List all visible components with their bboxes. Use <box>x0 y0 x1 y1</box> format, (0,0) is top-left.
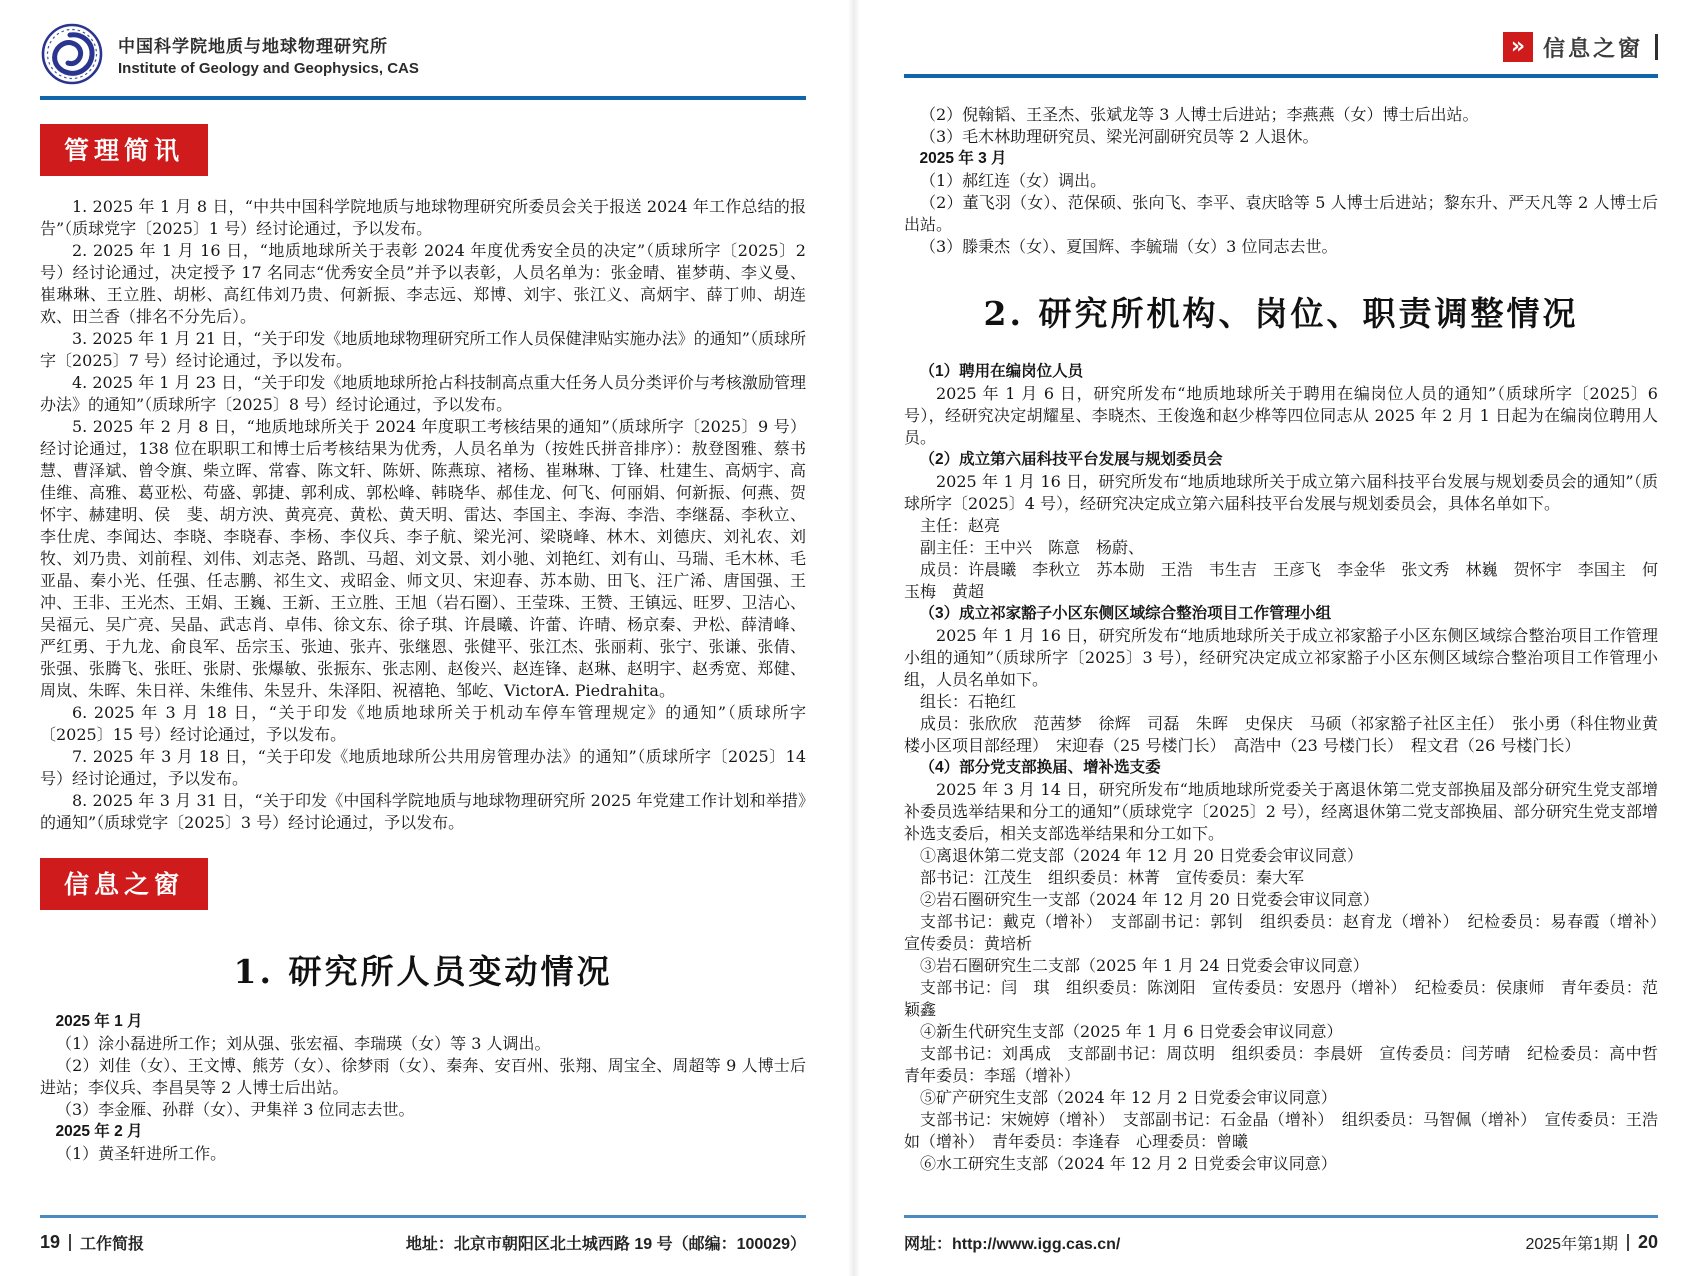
s2-para: 2025 年 1 月 16 日，研究所发布“地质地球所关于成立祁家豁子小区东侧区… <box>904 625 1658 691</box>
org-name-cn: 中国科学院地质与地球物理研究所 <box>118 32 419 57</box>
management-para: 8. 2025 年 3 月 31 日，“关于印发《中国科学院地质与地球物理研究所… <box>40 790 806 834</box>
s2-role-line: 部书记：江茂生 组织委员：林菁 宣传委员：秦大军 <box>904 867 1658 889</box>
personnel-line: （3）李金雁、孙群（女）、尹集祥 3 位同志去世。 <box>40 1099 806 1121</box>
s2-role-line: 主任：赵亮 <box>904 515 1658 537</box>
page-number: 19 <box>40 1232 60 1253</box>
s2-role-line: 支部书记：戴克（增补） 支部副书记：郭钊 组织委员：赵育龙（增补） 纪检委员：易… <box>904 911 1658 955</box>
s2-para: 2025 年 1 月 16 日，研究所发布“地质地球所关于成立第六届科技平台发展… <box>904 471 1658 515</box>
s2-role-line: 支部书记：刘禹成 支部副书记：周苡明 组织委员：李晨妍 宣传委员：闫芳晴 纪检委… <box>904 1043 1658 1087</box>
chevrons-icon: » <box>1503 32 1533 62</box>
management-para: 3. 2025 年 1 月 21 日，“关于印发《地质地球物理研究所工作人员保健… <box>40 328 806 372</box>
s2-subhead: （2）成立第六届科技平台发展与规划委员会 <box>904 449 1658 471</box>
s2-branch-line: ③岩石圈研究生二支部（2025 年 1 月 24 日党委会审议同意） <box>904 955 1658 977</box>
footer-divider <box>69 1234 71 1251</box>
footer-rule <box>40 1215 806 1218</box>
s2-role-line: 支部书记：宋婉婷（增补） 支部副书记：石金晶（增补） 组织委员：马智佩（增补） … <box>904 1109 1658 1153</box>
s2-role-line: 组长：石艳红 <box>904 691 1658 713</box>
s2-role-line: 成员：张欣欣 范茜梦 徐辉 司磊 朱晖 史保庆 马硕（祁家豁子社区主任） 张小勇… <box>904 713 1658 757</box>
s2-branch-line: ②岩石圈研究生一支部（2024 年 12 月 20 日党委会审议同意） <box>904 889 1658 911</box>
footer-issue-page: 2025年第1期 20 <box>1525 1231 1658 1254</box>
continuation-line: （2）倪翰韬、王圣杰、张斌龙等 3 人博士后进站；李燕燕（女）博士后出站。 <box>904 104 1658 126</box>
right-page-footer: 网址：http://www.igg.cas.cn/ 2025年第1期 20 <box>904 1215 1658 1254</box>
personnel-line: （2）刘佳（女）、王文博、熊芳（女）、徐梦雨（女）、秦奔、安百州、张翔、周宝全、… <box>40 1055 806 1099</box>
section-label: 信息之窗 <box>1543 32 1643 63</box>
s2-role-line: 成员：许晨曦 李秋立 苏本勋 王浩 韦生吉 王彦飞 李金华 张文秀 林巍 贺怀宇… <box>904 559 1658 603</box>
info-window-badge: 信息之窗 <box>40 858 208 910</box>
management-para: 2. 2025 年 1 月 16 日，“地质地球所关于表彰 2024 年度优秀安… <box>40 240 806 328</box>
continuation-month: 2025 年 3 月 <box>904 148 1658 170</box>
footer-page-brand: 19 工作简报 <box>40 1231 144 1254</box>
header-rule <box>904 74 1658 78</box>
website-url: 网址：http://www.igg.cas.cn/ <box>904 1231 1120 1254</box>
personnel-month: 2025 年 2 月 <box>40 1121 806 1143</box>
section-1-title: 1. 研究所人员变动情况 <box>40 946 806 993</box>
page-number: 20 <box>1638 1232 1658 1253</box>
management-para: 6. 2025 年 3 月 18 日，“关于印发《地质地球所关于机动车停车管理规… <box>40 702 806 746</box>
address-text: 地址：北京市朝阳区北土城西路 19 号（邮编：100029） <box>406 1231 806 1254</box>
s2-subhead: （1）聘用在编岗位人员 <box>904 361 1658 383</box>
management-para: 1. 2025 年 1 月 8 日，“中共中国科学院地质与地球物理研究所委员会关… <box>40 196 806 240</box>
newsletter-spread: 中国科学院地质与地球物理研究所 Institute of Geology and… <box>0 0 1700 1276</box>
page-19: 中国科学院地质与地球物理研究所 Institute of Geology and… <box>0 0 848 1276</box>
management-para: 5. 2025 年 2 月 8 日，“地质地球所关于 2024 年度职工考核结果… <box>40 416 806 702</box>
right-page-header: » 信息之窗 <box>904 30 1658 64</box>
left-page-header: 中国科学院地质与地球物理研究所 Institute of Geology and… <box>40 22 806 86</box>
label-divider <box>1655 34 1658 60</box>
institute-logo-icon <box>40 22 104 86</box>
personnel-line: （1）黄圣轩进所工作。 <box>40 1143 806 1165</box>
management-para: 7. 2025 年 3 月 18 日，“关于印发《地质地球所公共用房管理办法》的… <box>40 746 806 790</box>
page-gutter <box>848 0 860 1276</box>
issue-label: 2025年第1期 <box>1525 1231 1618 1254</box>
continuation-line: （3）滕秉杰（女）、夏国辉、李毓瑞（女）3 位同志去世。 <box>904 236 1658 258</box>
org-names: 中国科学院地质与地球物理研究所 Institute of Geology and… <box>118 32 419 77</box>
continuation-line: （3）毛木林助理研究员、梁光河副研究员等 2 人退休。 <box>904 126 1658 148</box>
s2-para: 2025 年 1 月 6 日，研究所发布“地质地球所关于聘用在编岗位人员的通知”… <box>904 383 1658 449</box>
continuation-line: （2）董飞羽（女）、范保硕、张向飞、李平、袁庆晗等 5 人博士后进站；黎东升、严… <box>904 192 1658 236</box>
s2-role-line: 支部书记：闫 琪 组织委员：陈浏阳 宣传委员：安恩丹（增补） 纪检委员：侯康师 … <box>904 977 1658 1021</box>
management-para: 4. 2025 年 1 月 23 日，“关于印发《地质地球所抢占科技制高点重大任… <box>40 372 806 416</box>
s2-branch-line: ⑤矿产研究生支部（2024 年 12 月 2 日党委会审议同意） <box>904 1087 1658 1109</box>
personnel-month: 2025 年 1 月 <box>40 1011 806 1033</box>
page-20: » 信息之窗 （2）倪翰韬、王圣杰、张斌龙等 3 人博士后进站；李燕燕（女）博士… <box>860 0 1700 1276</box>
footer-divider <box>1627 1234 1629 1251</box>
continuation-line: （1）郝红连（女）调出。 <box>904 170 1658 192</box>
s2-branch-line: ⑥水工研究生支部（2024 年 12 月 2 日党委会审议同意） <box>904 1153 1658 1175</box>
s2-subhead: （3）成立祁家豁子小区东侧区域综合整治项目工作管理小组 <box>904 603 1658 625</box>
newsletter-name: 工作简报 <box>80 1231 144 1254</box>
management-badge: 管理简讯 <box>40 124 208 176</box>
s2-subhead: （4）部分党支部换届、增补选支委 <box>904 757 1658 779</box>
footer-rule <box>904 1215 1658 1218</box>
s2-branch-line: ①离退休第二党支部（2024 年 12 月 20 日党委会审议同意） <box>904 845 1658 867</box>
personnel-line: （1）涂小磊进所工作；刘从强、张宏福、李瑞瑛（女）等 3 人调出。 <box>40 1033 806 1055</box>
section-2-title: 2. 研究所机构、岗位、职责调整情况 <box>904 288 1658 335</box>
org-name-en: Institute of Geology and Geophysics, CAS <box>118 60 419 77</box>
s2-role-line: 副主任：王中兴 陈意 杨蔚、 <box>904 537 1658 559</box>
s2-para: 2025 年 3 月 14 日，研究所发布“地质地球所党委关于离退休第二党支部换… <box>904 779 1658 845</box>
s2-branch-line: ④新生代研究生支部（2025 年 1 月 6 日党委会审议同意） <box>904 1021 1658 1043</box>
left-page-footer: 19 工作简报 地址：北京市朝阳区北土城西路 19 号（邮编：100029） <box>40 1215 806 1254</box>
